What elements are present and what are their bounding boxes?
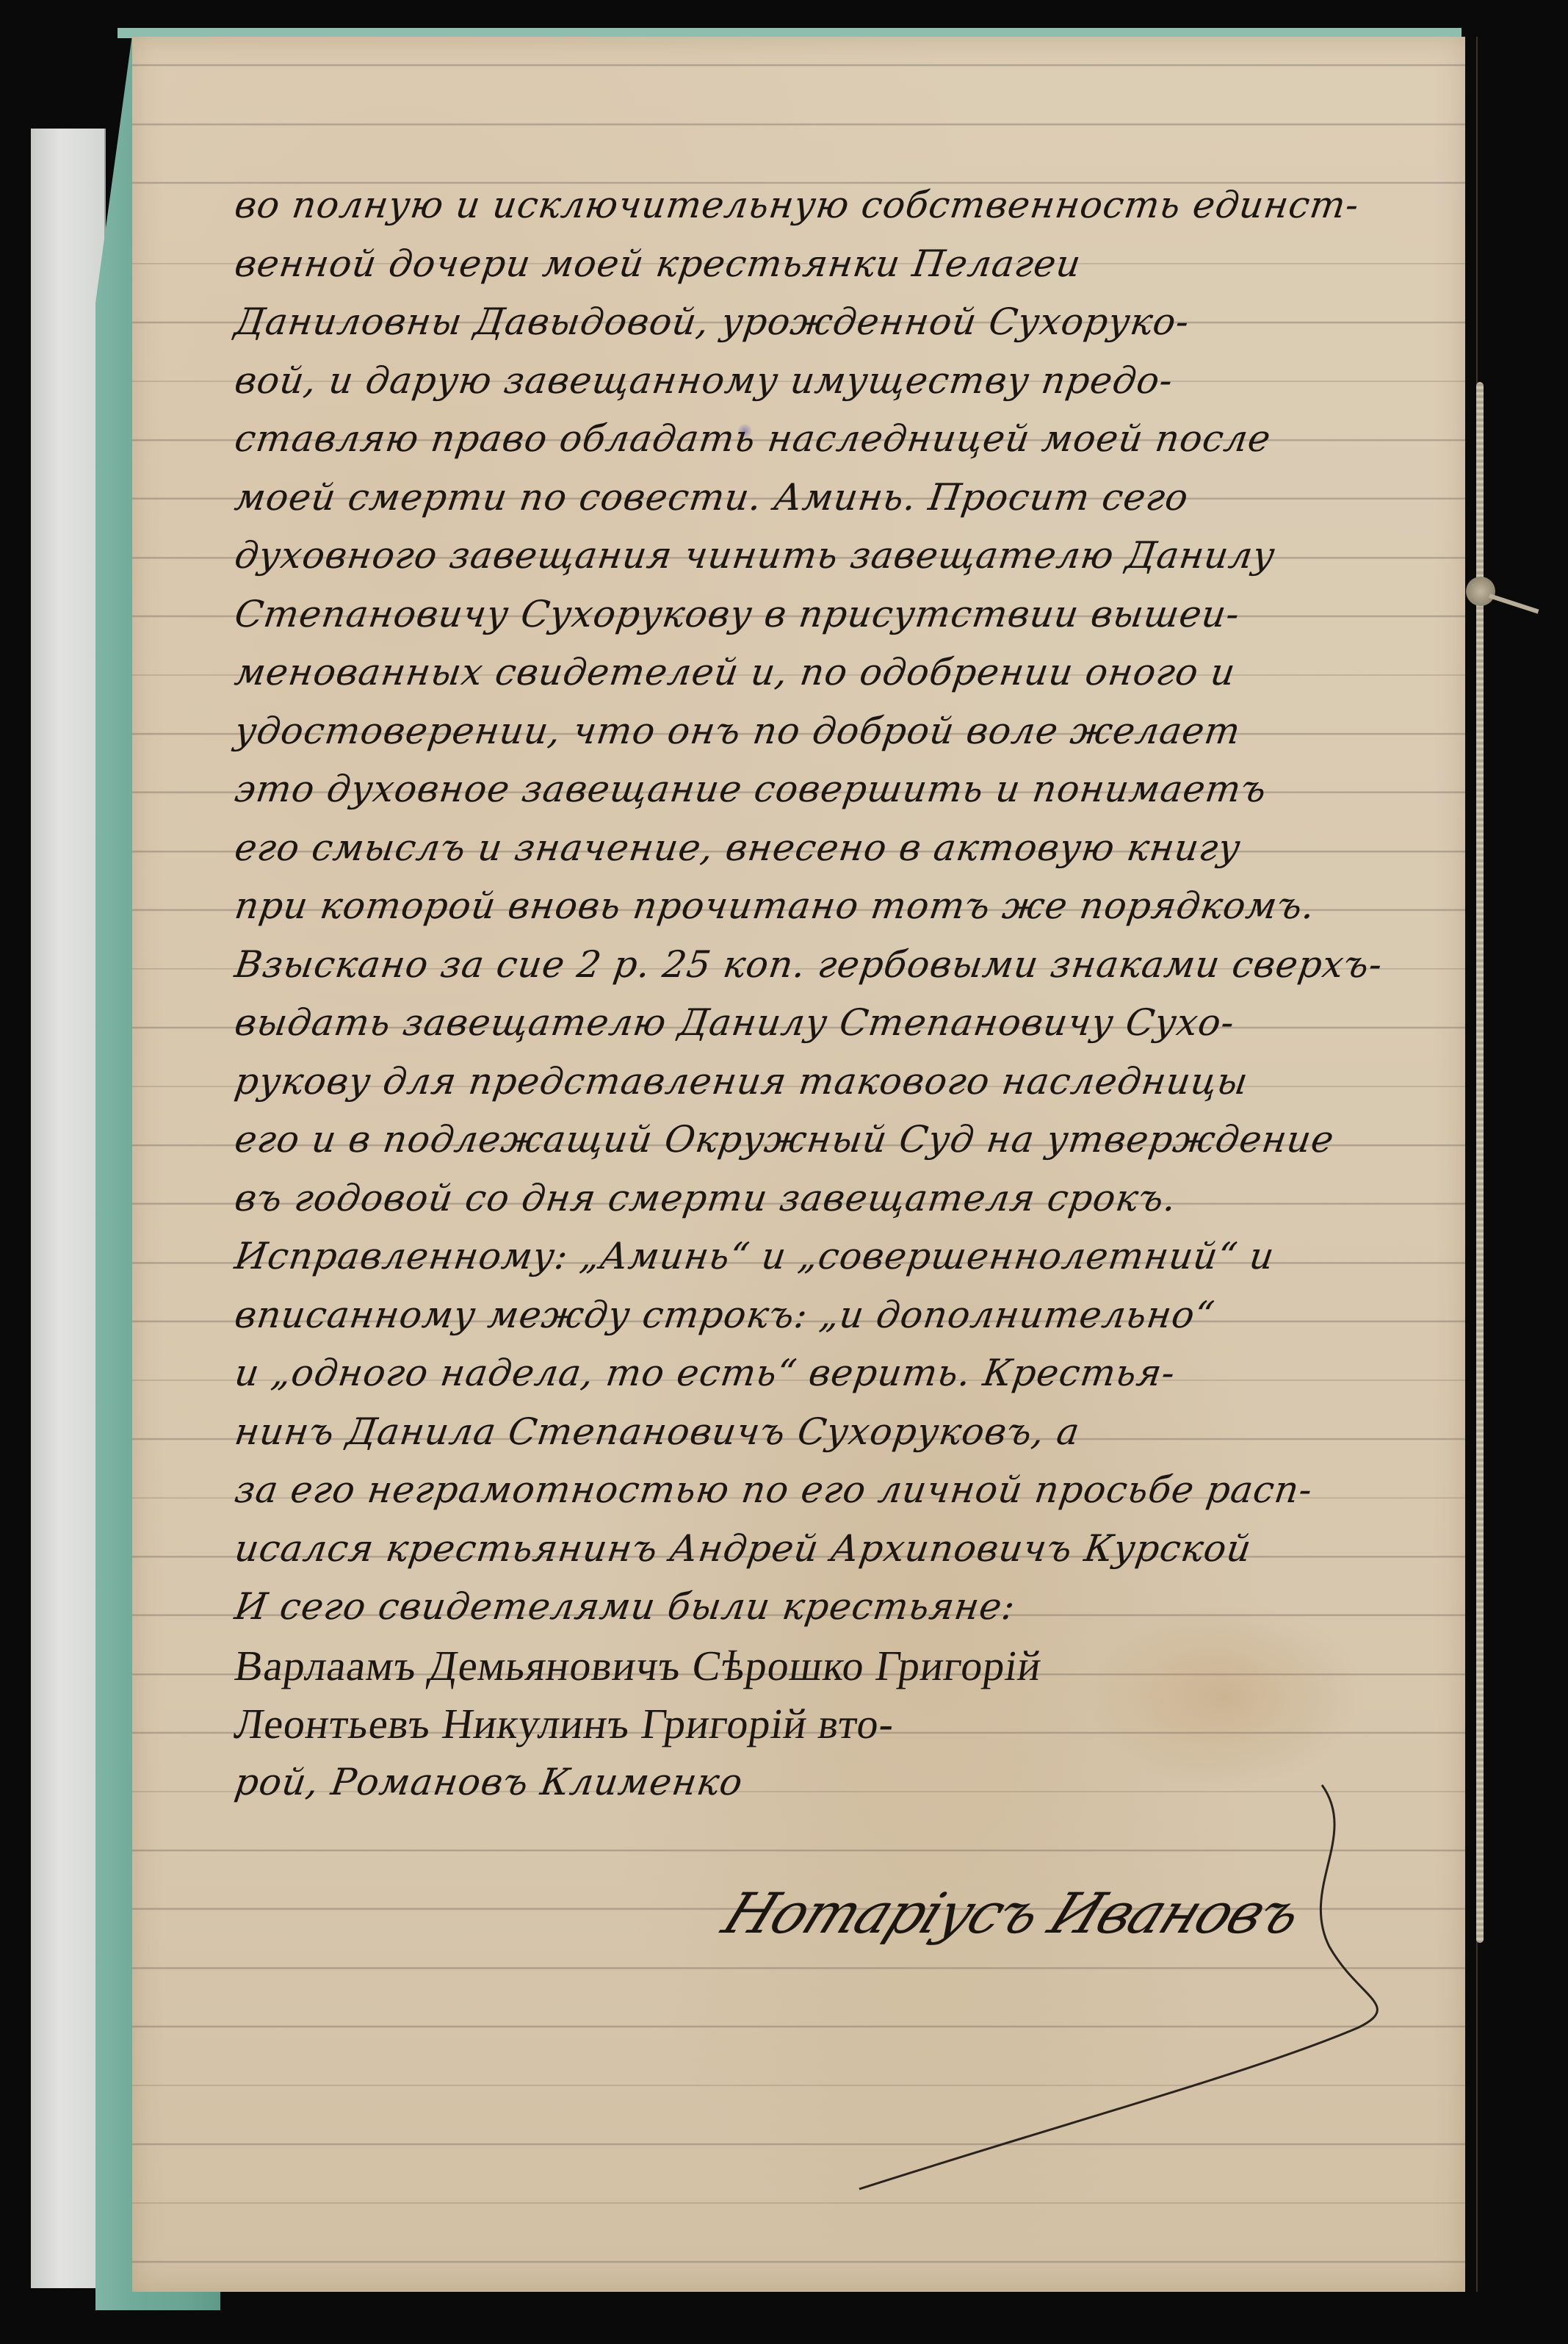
text-line-3: Даниловны Давыдовой, урожденной Сухоруко… [231,293,1502,352]
text-line-9: менованных свидетелей и, по одобрении он… [231,643,1502,702]
text-line-14: Взыскано за сие 2 р. 25 коп. гербовыми з… [231,936,1502,995]
text-line-27-witnesses: Леонтьевъ Никулинъ Григорій вто- [231,1695,1502,1753]
text-line-25: И сего свидетелями были крестьяне: [231,1578,1502,1637]
binding-thread-knot [1466,577,1495,606]
text-line-16: рукову для представления такового наслед… [231,1053,1502,1111]
text-line-21: и „одного надела, то есть“ верить. Крест… [231,1344,1502,1403]
text-line-13: при которой вновь прочитано тотъ же поря… [231,877,1502,936]
text-line-10: удостоверении, что онъ по доброй воле же… [231,702,1502,761]
binding-thread [1476,382,1484,1943]
handwritten-text: во полную и исключительную собственность… [235,176,1498,1811]
text-line-2: венной дочери моей крестьянки Пелагеи [231,235,1502,294]
text-line-17: его и в подлежащий Окружный Суд на утвер… [231,1111,1502,1169]
notary-signature: Нотаріусъ Ивановъ [714,1880,1310,1946]
text-line-22: нинъ Данила Степановичъ Сухоруковъ, а [231,1403,1502,1462]
text-line-7: духовного завещания чинить завещателю Да… [231,527,1502,585]
text-line-11: это духовное завещание совершить и поним… [231,760,1502,819]
text-line-28-witnesses: рой, Романовъ Клименко [231,1753,1502,1812]
text-line-23: за его неграмотностью по его личной прос… [231,1461,1502,1520]
text-line-8: Степановичу Сухорукову в присутствии выш… [231,585,1502,644]
text-line-18: въ годовой со дня смерти завещателя срок… [231,1169,1502,1228]
text-line-5: ставляю право обладать наследницей моей … [231,410,1502,469]
text-line-4: вой, и дарую завещанному имуществу предо… [231,352,1502,411]
text-line-1: во полную и исключительную собственность… [231,176,1502,235]
text-line-24: исался крестьянинъ Андрей Архиповичъ Кур… [231,1520,1502,1579]
text-line-20: вписанному между строкъ: „и дополнительн… [231,1286,1502,1345]
text-line-19: Исправленному: „Аминь“ и „совершеннолетн… [231,1227,1502,1286]
text-line-6: моей смерти по совести. Аминь. Просит се… [231,469,1502,527]
text-line-15: выдать завещателю Данилу Степановичу Сух… [231,994,1502,1053]
text-line-26-witnesses: Варлаамъ Демьяновичъ Сѣрошко Григорій [231,1637,1502,1695]
underlying-white-sheet [31,129,106,2288]
text-line-12: его смыслъ и значение, внесено в актовую… [231,819,1502,878]
